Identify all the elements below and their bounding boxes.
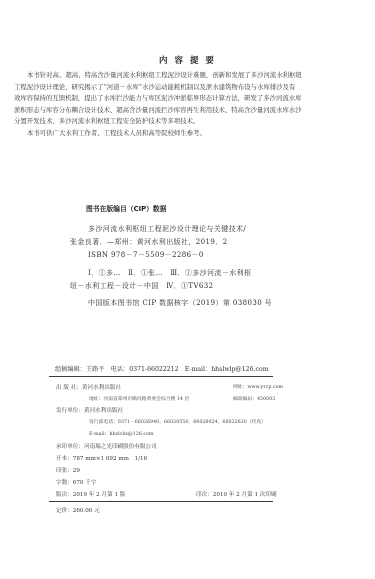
cip-classification-line: Ⅰ．①多… Ⅱ．①张… Ⅲ．①多沙河流－水利枢 (88, 268, 251, 278)
website: 网址：www.yrcp.com (233, 383, 283, 390)
postcode: 邮政编码：450003 (233, 395, 275, 402)
printing: 印次：2019 年 2 月第 1 次印刷 (196, 490, 277, 498)
cip-classification-line: 纽－水利工程－设计－中国 Ⅳ．①TV632 (70, 281, 213, 291)
distribution-phone: 发行部电话：0371－66026940，66020550，66028024，66… (89, 418, 266, 425)
sheets: 印张：29 (56, 466, 80, 474)
word-count: 字数：670 千字 (56, 478, 96, 486)
summary-line: 分置开发技术、多沙河流水利枢纽工程安全防护技术等多项技术。 (14, 116, 359, 128)
cip-library-record: 中国版本图书馆 CIP 数据核字（2019）第 038030 号 (88, 298, 272, 308)
divider-top (49, 376, 273, 377)
address: 地址：河南省郑州市顺河路黄委会综合楼 14 层 (89, 395, 189, 402)
summary-line: 淤积形态与库容分布耦合设计技术、超高含沙量河流拦沙库容再生利用技术、特高含沙量河… (14, 105, 359, 117)
cip-title-line: 多沙河流水利枢纽工程泥沙设计理论与关键技术/ (88, 224, 246, 234)
summary-title: 内 容 提 要 (0, 54, 375, 66)
summary-paragraph: 本书针对高、超高、特高含沙量河流水利枢纽工程泥沙设计难题，创新和发展了多沙河流水… (14, 70, 359, 140)
cip-heading: 图书在版编目（CIP）数据 (86, 203, 166, 213)
price: 定价：260.00 元 (56, 506, 100, 514)
publisher: 出 版 社：黄河水利出版社 (56, 383, 121, 391)
distributor: 发行单位：黄河水利出版社 (56, 406, 123, 414)
distribution-email: E-mail：hhslcbs@126.com (89, 430, 153, 437)
editor-contact-line: 组稿编辑：王路平 电话：0371-66022212 E-mail：hhslwlp… (55, 364, 269, 373)
divider-bottom (49, 501, 273, 502)
cip-isbn: ISBN 978－7－5509－2286－0 (88, 250, 204, 260)
summary-line: 工程泥沙设计理论，研究揭示了“河道－水库”水沙运动能耗机制以及泄水建筑物布设与水… (14, 82, 359, 94)
printer: 承印单位：河南瑞之光印刷股份有限公司 (56, 442, 157, 450)
cip-author-line: 张金良著．—郑州：黄河水利出版社，2019．2 (70, 237, 227, 247)
edition: 版次：2019 年 2 月第 1 版 (56, 490, 125, 498)
summary-line: 本书针对高、超高、特高含沙量河流水利枢纽工程泥沙设计难题，创新和发展了多沙河流水… (14, 70, 359, 82)
summary-audience: 本书可供广大水利工作者、工程技术人员和高等院校师生参考。 (14, 128, 359, 140)
format: 开本：787 mm×1 092 mm 1/16 (56, 454, 147, 462)
summary-line: 效库容保持的互馈机制，提出了水库拦沙能力与库区泥沙冲淤临界形态计算方法，研发了多… (14, 93, 359, 105)
